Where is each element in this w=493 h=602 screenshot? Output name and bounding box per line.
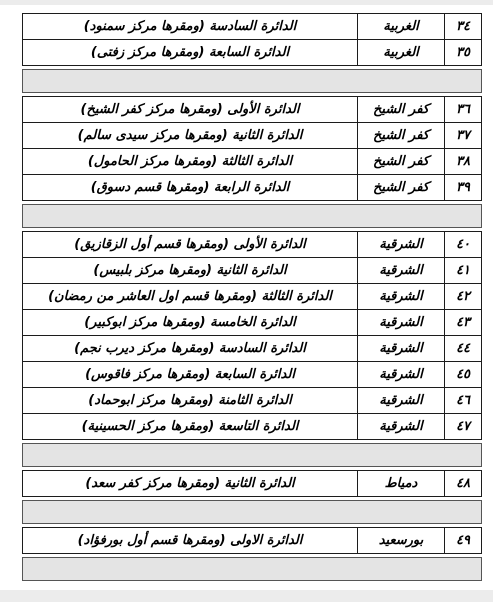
cell-district: الدائرة السابعة (ومقرها مركز زفتى) [23,40,358,66]
table-row: ٤٣الشرقيةالدائرة الخامسة (ومقرها مركز اب… [23,310,482,336]
cell-governorate: كفر الشيخ [358,97,445,123]
cell-governorate: كفر الشيخ [358,149,445,175]
table-section-damietta: ٤٨دمياطالدائرة الثانية (ومقرها مركز كفر … [22,470,482,497]
cell-serial-number: ٤٩ [445,528,482,554]
cell-governorate: كفر الشيخ [358,175,445,201]
cell-serial-number: ٤٤ [445,336,482,362]
cell-governorate: الشرقية [358,284,445,310]
table-row: ٣٧كفر الشيخالدائرة الثانية (ومقرها مركز … [23,123,482,149]
table-row: ٣٥الغربيةالدائرة السابعة (ومقرها مركز زف… [23,40,482,66]
cell-serial-number: ٤٣ [445,310,482,336]
page-gap-bottom [0,590,493,602]
table-row: ٤١الشرقيةالدائرة الثانية (ومقرها مركز بل… [23,258,482,284]
cell-district: الدائرة الثانية (ومقرها مركز سيدى سالم) [23,123,358,149]
cell-governorate: الشرقية [358,258,445,284]
cell-governorate: دمياط [358,471,445,497]
cell-serial-number: ٤١ [445,258,482,284]
cell-serial-number: ٣٥ [445,40,482,66]
cell-district: الدائرة الخامسة (ومقرها مركز ابوكبير) [23,310,358,336]
cell-governorate: الغربية [358,14,445,40]
table-row: ٤٥الشرقيةالدائرة السابعة (ومقرها مركز فا… [23,362,482,388]
table-row: ٣٤الغربيةالدائرة السادسة (ومقرها مركز سم… [23,14,482,40]
cell-district: الدائرة السادسة (ومقرها مركز سمنود) [23,14,358,40]
cell-district: الدائرة الثانية (ومقرها مركز كفر سعد) [23,471,358,497]
cell-district: الدائرة الثانية (ومقرها مركز بلبيس) [23,258,358,284]
section-separator [22,443,482,467]
table-row: ٤٠الشرقيةالدائرة الأولى (ومقرها قسم أول … [23,232,482,258]
cell-district: الدائرة الأولى (ومقرها مركز كفر الشيخ) [23,97,358,123]
cell-district: الدائرة الرابعة (ومقرها قسم دسوق) [23,175,358,201]
table-row: ٤٧الشرقيةالدائرة التاسعة (ومقرها مركز ال… [23,414,482,440]
section-separator [22,500,482,524]
section-separator [22,557,482,581]
table-section-gharbia: ٣٤الغربيةالدائرة السادسة (ومقرها مركز سم… [22,13,482,66]
cell-serial-number: ٣٨ [445,149,482,175]
cell-serial-number: ٣٧ [445,123,482,149]
cell-serial-number: ٣٤ [445,14,482,40]
table-row: ٤٦الشرقيةالدائرة الثامنة (ومقرها مركز اب… [23,388,482,414]
cell-district: الدائرة التاسعة (ومقرها مركز الحسينية) [23,414,358,440]
cell-district: الدائرة السابعة (ومقرها مركز فاقوس) [23,362,358,388]
cell-district: الدائرة الثامنة (ومقرها مركز ابوحماد) [23,388,358,414]
table-row: ٤٨دمياطالدائرة الثانية (ومقرها مركز كفر … [23,471,482,497]
cell-governorate: الشرقية [358,414,445,440]
cell-serial-number: ٤٦ [445,388,482,414]
cell-district: الدائرة الاولى (ومقرها قسم أول بورفؤاد) [23,528,358,554]
cell-governorate: الشرقية [358,310,445,336]
page-gap-top [0,0,493,5]
cell-district: الدائرة السادسة (ومقرها مركز ديرب نجم) [23,336,358,362]
cell-serial-number: ٣٦ [445,97,482,123]
cell-serial-number: ٣٩ [445,175,482,201]
table-section-kafr-elsheikh: ٣٦كفر الشيخالدائرة الأولى (ومقرها مركز ك… [22,96,482,201]
cell-governorate: الشرقية [358,362,445,388]
cell-governorate: الغربية [358,40,445,66]
cell-governorate: بورسعيد [358,528,445,554]
cell-governorate: الشرقية [358,336,445,362]
cell-governorate: كفر الشيخ [358,123,445,149]
cell-serial-number: ٤٥ [445,362,482,388]
table-section-sharqia: ٤٠الشرقيةالدائرة الأولى (ومقرها قسم أول … [22,231,482,440]
cell-serial-number: ٤٨ [445,471,482,497]
table-row: ٤٩بورسعيدالدائرة الاولى (ومقرها قسم أول … [23,528,482,554]
cell-governorate: الشرقية [358,232,445,258]
table-row: ٣٩كفر الشيخالدائرة الرابعة (ومقرها قسم د… [23,175,482,201]
cell-district: الدائرة الأولى (ومقرها قسم أول الزقازيق) [23,232,358,258]
table-row: ٤٤الشرقيةالدائرة السادسة (ومقرها مركز دي… [23,336,482,362]
table-row: ٣٦كفر الشيخالدائرة الأولى (ومقرها مركز ك… [23,97,482,123]
table-row: ٣٨كفر الشيخالدائرة الثالثة (ومقرها مركز … [23,149,482,175]
cell-district: الدائرة الثالثة (ومقرها مركز الحامول) [23,149,358,175]
cell-serial-number: ٤٠ [445,232,482,258]
cell-serial-number: ٤٢ [445,284,482,310]
section-separator [22,69,482,93]
section-separator [22,204,482,228]
cell-serial-number: ٤٧ [445,414,482,440]
table-row: ٤٢الشرقيةالدائرة الثالثة (ومقرها قسم اول… [23,284,482,310]
cell-district: الدائرة الثالثة (ومقرها قسم اول العاشر م… [23,284,358,310]
districts-table: ٣٤الغربيةالدائرة السادسة (ومقرها مركز سم… [22,13,482,584]
table-section-portsaid: ٤٩بورسعيدالدائرة الاولى (ومقرها قسم أول … [22,527,482,554]
cell-governorate: الشرقية [358,388,445,414]
